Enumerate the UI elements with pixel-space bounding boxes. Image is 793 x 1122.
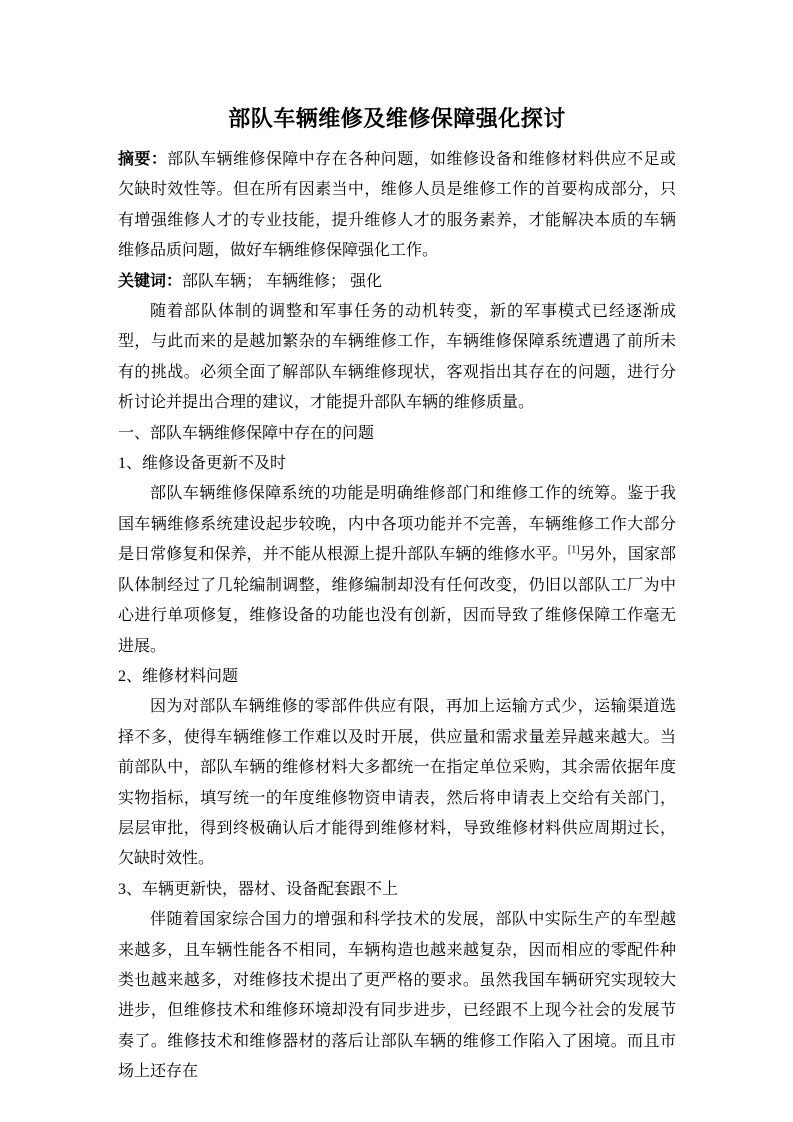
- section1-heading: 一、部队车辆维修保障中存在的问题: [118, 419, 676, 449]
- footnote-ref-1: [1]: [568, 545, 580, 556]
- intro-paragraph: 随着部队体制的调整和军事任务的动机转变，新的军事模式已经逐渐成型，与此而来的是越…: [118, 297, 676, 419]
- abstract-paragraph: 摘要：部队车辆维修保障中存在各种问题，如维修设备和维修材料供应不足或欠缺时效性等…: [118, 145, 676, 267]
- section1-sub1-body: 部队车辆维修保障系统的功能是明确维修部门和维修工作的统筹。鉴于我国车辆维修系统建…: [118, 479, 676, 661]
- abstract-label: 摘要：: [118, 151, 167, 168]
- keywords-text: 部队车辆； 车辆维修； 强化: [182, 273, 382, 290]
- keywords-paragraph: 关键词：部队车辆； 车辆维修； 强化: [118, 267, 676, 297]
- keywords-label: 关键词：: [118, 273, 182, 290]
- document-title: 部队车辆维修及维修保障强化探讨: [118, 102, 676, 136]
- section1-sub2-heading: 2、维修材料问题: [118, 662, 676, 692]
- abstract-text: 部队车辆维修保障中存在各种问题，如维修设备和维修材料供应不足或欠缺时效性等。但在…: [118, 151, 676, 259]
- document-page: 部队车辆维修及维修保障强化探讨 摘要：部队车辆维修保障中存在各种问题，如维修设备…: [0, 0, 793, 1122]
- section1-sub2-body: 因为对部队车辆维修的零部件供应有限，再加上运输方式少，运输渠道选择不多，使得车辆…: [118, 692, 676, 874]
- section1-sub1-heading: 1、维修设备更新不及时: [118, 449, 676, 479]
- section1-sub3-body: 伴随着国家综合国力的增强和科学技术的发展，部队中实际生产的车型越来越多，且车辆性…: [118, 905, 676, 1087]
- section1-sub3-heading: 3、车辆更新快，器材、设备配套跟不上: [118, 875, 676, 905]
